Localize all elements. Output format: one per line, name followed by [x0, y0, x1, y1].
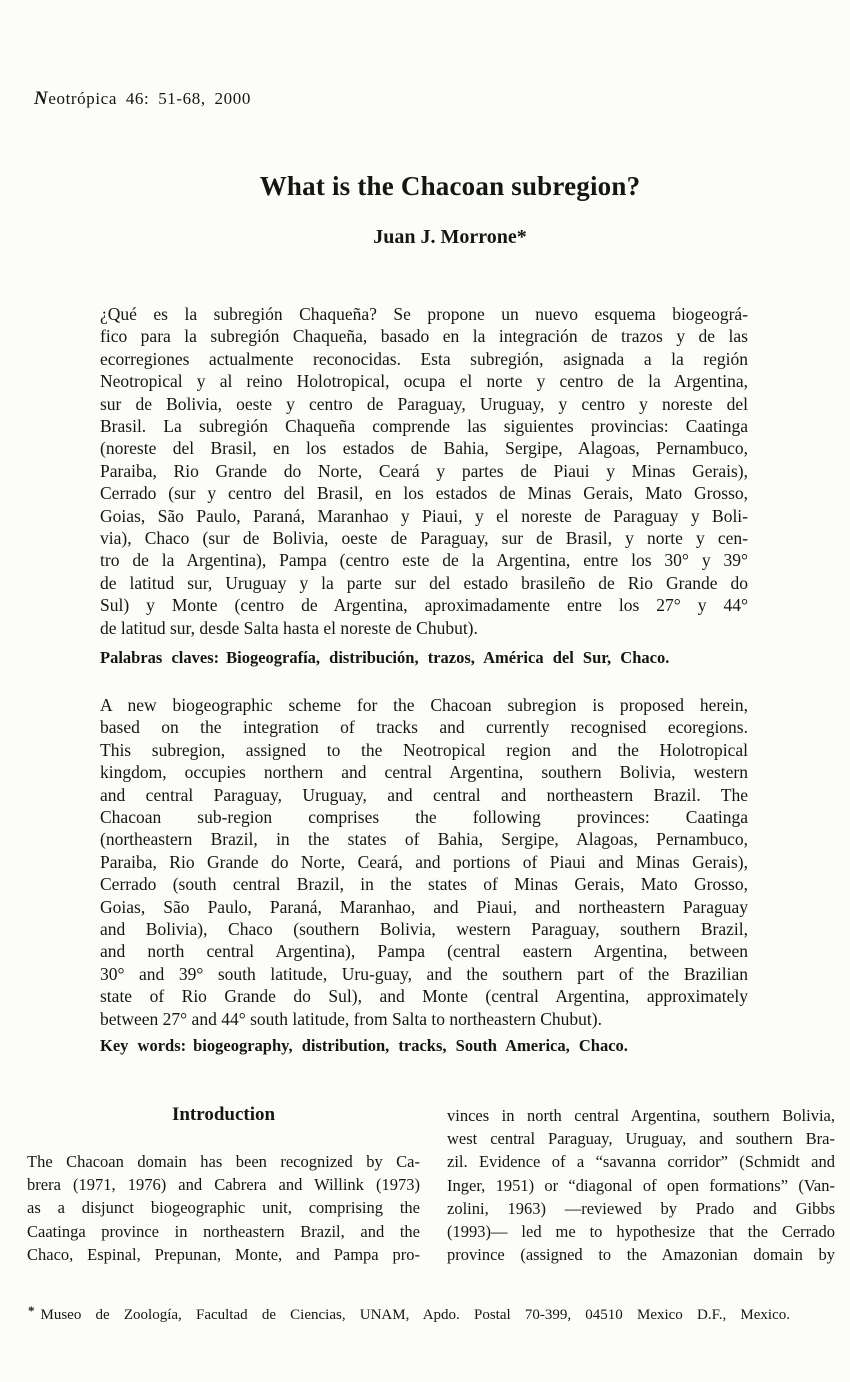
- text-line: Cerrado (sur y centro del Brasil, en los…: [100, 482, 748, 504]
- text-line: The Chacoan domain has been recognized b…: [27, 1150, 420, 1173]
- text-line: 30° and 39° south latitude, Uru-guay, an…: [100, 963, 748, 985]
- journal-page: Neotrópica 46: 51-68, 2000 What is the C…: [0, 0, 850, 1382]
- text-line: fico para la subregión Chaqueña, basado …: [100, 325, 748, 347]
- text-line: and central Paraguay, Uruguay, and centr…: [100, 784, 748, 806]
- text-line: tro de la Argentina), Pampa (centro este…: [100, 549, 748, 571]
- text-line: kingdom, occupies northern and central A…: [100, 761, 748, 783]
- keywords-line-english: Key words:biogeography, distribution, tr…: [100, 1036, 748, 1056]
- text-line: and Bolivia), Chaco (southern Bolivia, w…: [100, 918, 748, 940]
- journal-citation-line: Neotrópica 46: 51-68, 2000: [34, 88, 251, 110]
- text-line: Inger, 1951) or “diagonal of open format…: [447, 1174, 835, 1197]
- text-line: based on the integration of tracks and c…: [100, 716, 748, 738]
- text-line: Sul) y Monte (centro de Argentina, aprox…: [100, 594, 748, 616]
- abstract-english: A new biogeographic scheme for the Chaco…: [100, 694, 748, 1030]
- section-heading-introduction: Introduction: [27, 1104, 420, 1126]
- introduction-right-column: vinces in north central Argentina, south…: [447, 1104, 835, 1266]
- text-line: Brasil. La subregión Chaqueña comprende …: [100, 415, 748, 437]
- text-line: Cerrado (south central Brazil, in the st…: [100, 873, 748, 895]
- text-line: This subregion, assigned to the Neotropi…: [100, 739, 748, 761]
- keywords-text-english: biogeography, distribution, tracks, Sout…: [193, 1036, 628, 1055]
- introduction-left-column: The Chacoan domain has been recognized b…: [27, 1150, 420, 1266]
- text-line: Neotropical y al reino Holotropical, ocu…: [100, 370, 748, 392]
- text-line: de latitud sur, desde Salta hasta el nor…: [100, 617, 748, 639]
- text-line: and north central Argentina), Pampa (cen…: [100, 940, 748, 962]
- text-line: west central Paraguay, Uruguay, and sout…: [447, 1127, 835, 1150]
- text-line: (1993)— led me to hypothesize that the C…: [447, 1220, 835, 1243]
- text-line: Chaco, Espinal, Prepunan, Monte, and Pam…: [27, 1243, 420, 1266]
- text-line: as a disjunct biogeographic unit, compri…: [27, 1196, 420, 1219]
- text-line: Caatinga province in northeastern Brazil…: [27, 1220, 420, 1243]
- keywords-line-spanish: Palabras claves:Biogeografía, distribuci…: [100, 648, 748, 668]
- text-line: Goias, São Paulo, Paraná, Maranhao, and …: [100, 896, 748, 918]
- text-line: brera (1971, 1976) and Cabrera and Willi…: [27, 1173, 420, 1196]
- author-affiliation-footnote: *Museo de Zoología, Facultad de Ciencias…: [28, 1303, 790, 1324]
- text-line: de latitud sur, Uruguay y la parte sur d…: [100, 572, 748, 594]
- text-line: via), Chaco (sur de Bolivia, oeste de Pa…: [100, 527, 748, 549]
- text-line: ¿Qué es la subregión Chaqueña? Se propon…: [100, 303, 748, 325]
- keywords-text-spanish: Biogeografía, distribución, trazos, Amér…: [226, 648, 669, 667]
- abstract-spanish: ¿Qué es la subregión Chaqueña? Se propon…: [100, 303, 748, 639]
- keywords-label-english: Key words:: [100, 1036, 186, 1055]
- journal-citation-text: eotrópica 46: 51-68, 2000: [48, 89, 251, 108]
- text-line: Paraiba, Rio Grande do Norte, Ceará y pa…: [100, 460, 748, 482]
- journal-citation-first-letter: N: [34, 88, 48, 109]
- text-line: Paraiba, Rio Grande do Norte, Ceará, and…: [100, 851, 748, 873]
- footnote-text: Museo de Zoología, Facultad de Ciencias,…: [41, 1307, 791, 1323]
- text-line: (northeastern Brazil, in the states of B…: [100, 828, 748, 850]
- text-line: zolini, 1963) —reviewed by Prado and Gib…: [447, 1197, 835, 1220]
- text-line: state of Rio Grande do Sul), and Monte (…: [100, 985, 748, 1007]
- text-line: province (assigned to the Amazonian doma…: [447, 1243, 835, 1266]
- author-name: Juan J. Morrone*: [50, 226, 850, 249]
- text-line: sur de Bolivia, oeste y centro de Paragu…: [100, 393, 748, 415]
- text-line: A new biogeographic scheme for the Chaco…: [100, 694, 748, 716]
- keywords-label-spanish: Palabras claves:: [100, 648, 219, 667]
- text-line: between 27° and 44° south latitude, from…: [100, 1008, 748, 1030]
- text-line: ecorregiones actualmente reconocidas. Es…: [100, 348, 748, 370]
- text-line: zil. Evidence of a “savanna corridor” (S…: [447, 1150, 835, 1173]
- footnote-asterisk-marker: *: [28, 1303, 35, 1318]
- text-line: (noreste del Brasil, en los estados de B…: [100, 437, 748, 459]
- text-line: vinces in north central Argentina, south…: [447, 1104, 835, 1127]
- text-line: Goias, São Paulo, Paraná, Maranhao y Pia…: [100, 505, 748, 527]
- article-title: What is the Chacoan subregion?: [50, 171, 850, 202]
- text-line: Chacoan sub-region comprises the followi…: [100, 806, 748, 828]
